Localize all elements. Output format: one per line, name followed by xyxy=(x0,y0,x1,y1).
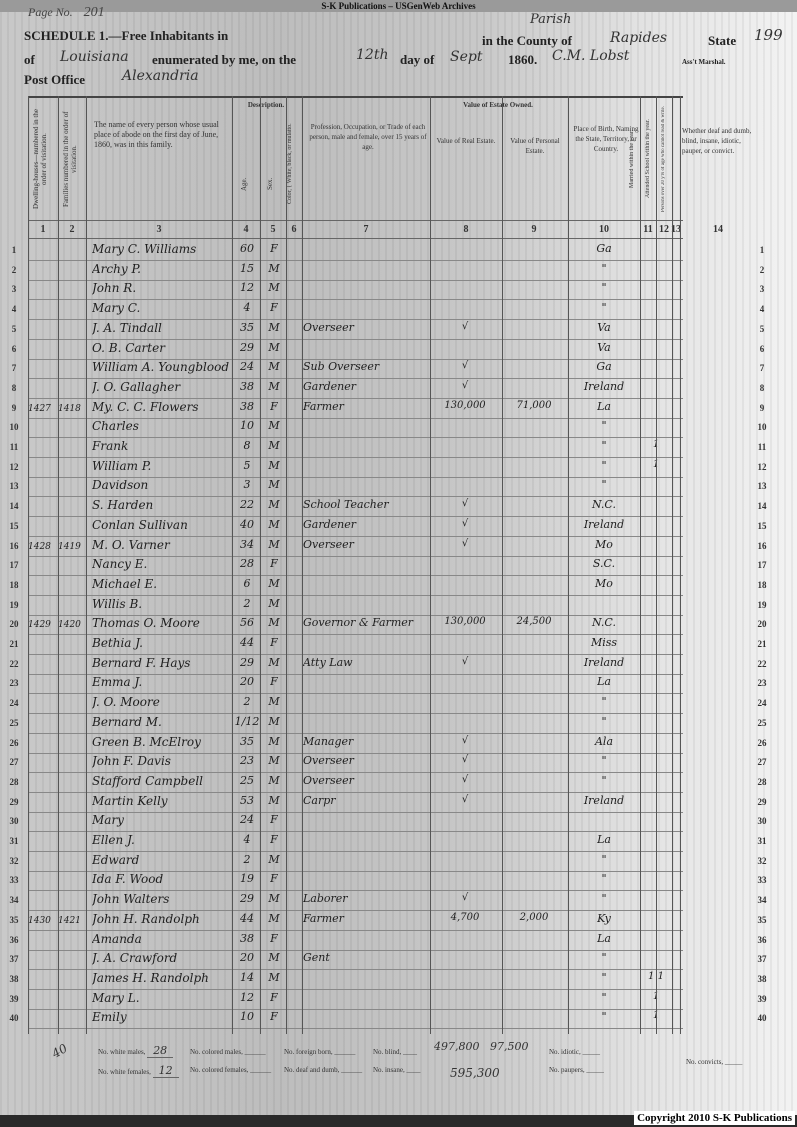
birthplace: " xyxy=(568,715,640,734)
line-number: 10 xyxy=(752,422,772,432)
real-estate-value: √ xyxy=(430,656,500,675)
personal-estate-total: 97,500 xyxy=(490,1040,529,1053)
age: 12 xyxy=(234,281,260,300)
line-number-left: 33 xyxy=(4,875,24,885)
real-estate-value xyxy=(430,419,500,438)
line-number-left: 27 xyxy=(4,757,24,767)
table-row: Michael E.6MMo xyxy=(28,575,683,596)
line-number-left: 2 xyxy=(4,265,24,275)
line-number-left: 23 xyxy=(4,678,24,688)
sex: M xyxy=(262,971,286,990)
sex: M xyxy=(262,695,286,714)
line-number: 16 xyxy=(752,541,772,551)
personal-estate-value xyxy=(502,242,566,261)
line-number-left: 25 xyxy=(4,718,24,728)
real-estate-value xyxy=(430,478,500,497)
table-row: Green B. McElroy35MManager√Ala xyxy=(28,733,683,754)
line-number: 24 xyxy=(752,698,772,708)
person-name: Bernard F. Hays xyxy=(92,656,232,675)
age: 23 xyxy=(234,754,260,773)
personal-estate-value xyxy=(502,872,566,891)
line-number-left: 9 xyxy=(4,403,24,413)
line-number: 6 xyxy=(752,344,772,354)
line-number: 39 xyxy=(752,994,772,1004)
age: 38 xyxy=(234,932,260,951)
age: 2 xyxy=(234,853,260,872)
occupation: Manager xyxy=(303,735,428,754)
line-number-left: 5 xyxy=(4,324,24,334)
line-number: 11 xyxy=(752,442,772,452)
archive-banner: S-K Publications – USGenWeb Archives xyxy=(0,0,797,12)
birthplace: " xyxy=(568,1010,640,1029)
table-row: John R.12M" xyxy=(28,279,683,300)
foreign-born-label: No. foreign born, xyxy=(284,1048,333,1056)
sex: M xyxy=(262,912,286,931)
table-row: Conlan Sullivan40MGardener√Ireland xyxy=(28,516,683,537)
table-row: J. A. Tindall35MOverseer√Va xyxy=(28,319,683,340)
col-name-header: The name of every person whose usual pla… xyxy=(94,120,234,150)
table-row: 14271418My. C. C. Flowers38FFarmer130,00… xyxy=(28,398,683,419)
state-name: Louisiana xyxy=(60,49,129,65)
person-name: John H. Randolph xyxy=(92,912,232,931)
person-name: J. A. Crawford xyxy=(92,951,232,970)
person-name: Emma J. xyxy=(92,675,232,694)
line-number: 4 xyxy=(752,304,772,314)
person-name: Green B. McElroy xyxy=(92,735,232,754)
occupation xyxy=(303,478,428,497)
person-name: M. O. Varner xyxy=(92,538,232,557)
sex: F xyxy=(262,1010,286,1029)
real-estate-value xyxy=(430,281,500,300)
line-number-left: 7 xyxy=(4,363,24,373)
age: 3 xyxy=(234,478,260,497)
personal-estate-value xyxy=(502,597,566,616)
line-number: 32 xyxy=(752,856,772,866)
personal-estate-value xyxy=(502,498,566,517)
real-estate-value xyxy=(430,459,500,478)
occupation xyxy=(303,971,428,990)
table-row: Stafford Campbell25MOverseer√" xyxy=(28,772,683,793)
line-number: 9 xyxy=(752,403,772,413)
birthplace: " xyxy=(568,459,640,478)
line-number-left: 37 xyxy=(4,954,24,964)
person-name: O. B. Carter xyxy=(92,341,232,360)
birthplace: Mo xyxy=(568,538,640,557)
white-females-label: No. white females, xyxy=(98,1068,151,1076)
white-males-value: 28 xyxy=(147,1044,173,1058)
birthplace: La xyxy=(568,675,640,694)
grid-column-rule xyxy=(232,96,233,1034)
person-name: Conlan Sullivan xyxy=(92,518,232,537)
line-number: 18 xyxy=(752,580,772,590)
occupation: Gardener xyxy=(303,518,428,537)
line-number: 13 xyxy=(752,481,772,491)
table-row: Mary C.4F" xyxy=(28,299,683,320)
sex: M xyxy=(262,892,286,911)
birthplace: " xyxy=(568,853,640,872)
line-number: 35 xyxy=(752,915,772,925)
person-name: My. C. C. Flowers xyxy=(92,400,232,419)
line-number: 22 xyxy=(752,659,772,669)
marshal-signature: C.M. Lobst xyxy=(552,48,629,64)
person-name: Charles xyxy=(92,419,232,438)
age: 29 xyxy=(234,656,260,675)
table-row: Davidson3M" xyxy=(28,476,683,497)
marshal-label: Ass't Marshal. xyxy=(682,58,726,66)
sex: M xyxy=(262,774,286,793)
person-name: Bethia J. xyxy=(92,636,232,655)
sex: M xyxy=(262,439,286,458)
personal-estate-value xyxy=(502,380,566,399)
age: 10 xyxy=(234,419,260,438)
line-number-left: 39 xyxy=(4,994,24,1004)
line-number: 26 xyxy=(752,738,772,748)
real-estate-value xyxy=(430,301,500,320)
col-occupation-header: Profession, Occupation, or Trade of each… xyxy=(306,122,430,152)
column-number: 10 xyxy=(594,224,614,236)
insane-label: No. insane, xyxy=(373,1066,405,1074)
table-row: Bernard M.1/12M" xyxy=(28,713,683,734)
line-number-left: 38 xyxy=(4,974,24,984)
occupation: Gent xyxy=(303,951,428,970)
occupation xyxy=(303,419,428,438)
sex: M xyxy=(262,754,286,773)
occupation: Laborer xyxy=(303,892,428,911)
line-number: 15 xyxy=(752,521,772,531)
table-row: Willis B.2M xyxy=(28,595,683,616)
person-name: Emily xyxy=(92,1010,232,1029)
column-number: 3 xyxy=(149,224,169,236)
occupation: Farmer xyxy=(303,912,428,931)
age: 24 xyxy=(234,813,260,832)
birthplace: " xyxy=(568,262,640,281)
line-number: 31 xyxy=(752,836,772,846)
occupation xyxy=(303,439,428,458)
personal-estate-value xyxy=(502,518,566,537)
table-row: Charles10M" xyxy=(28,417,683,438)
sex: F xyxy=(262,400,286,419)
personal-estate-value xyxy=(502,951,566,970)
table-row: Emma J.20FLa xyxy=(28,673,683,694)
grid-column-rule xyxy=(672,96,673,1034)
column-number: 9 xyxy=(524,224,544,236)
person-name: J. A. Tindall xyxy=(92,321,232,340)
birthplace: " xyxy=(568,951,640,970)
grid-column-rule xyxy=(302,96,303,1034)
birthplace: Miss xyxy=(568,636,640,655)
sex: M xyxy=(262,518,286,537)
blind-label: No. blind, xyxy=(373,1048,401,1056)
grid-column-rule xyxy=(58,96,59,1034)
convicts-label: No. convicts, xyxy=(686,1058,723,1066)
birthplace xyxy=(568,597,640,616)
line-number-left: 17 xyxy=(4,560,24,570)
birthplace: " xyxy=(568,281,640,300)
real-estate-value xyxy=(430,991,500,1010)
age: 29 xyxy=(234,341,260,360)
personal-estate-value xyxy=(502,301,566,320)
birthplace: Ky xyxy=(568,912,640,931)
line-number-left: 16 xyxy=(4,541,24,551)
sex: M xyxy=(262,538,286,557)
paupers-count: No. paupers, _____ xyxy=(549,1066,604,1074)
line-number: 34 xyxy=(752,895,772,905)
real-estate-value: √ xyxy=(430,498,500,517)
person-name: John R. xyxy=(92,281,232,300)
grid-column-rule xyxy=(260,96,261,1034)
person-name: Frank xyxy=(92,439,232,458)
sex: M xyxy=(262,597,286,616)
birthplace: Mo xyxy=(568,577,640,596)
column-number: 4 xyxy=(236,224,256,236)
personal-estate-value xyxy=(502,577,566,596)
line-number: 7 xyxy=(752,363,772,373)
grid-column-rule xyxy=(86,96,87,1034)
of-label: of xyxy=(24,52,35,68)
occupation xyxy=(303,872,428,891)
sex: M xyxy=(262,616,286,635)
occupation xyxy=(303,341,428,360)
occupation xyxy=(303,281,428,300)
age: 22 xyxy=(234,498,260,517)
line-number: 25 xyxy=(752,718,772,728)
personal-estate-value xyxy=(502,636,566,655)
sex: M xyxy=(262,735,286,754)
real-estate-value xyxy=(430,951,500,970)
column-number: 14 xyxy=(708,224,728,236)
occupation xyxy=(303,991,428,1010)
line-number: 21 xyxy=(752,639,772,649)
sex: M xyxy=(262,577,286,596)
colored-males-label: No. colored males, xyxy=(190,1048,243,1056)
birthplace: Ga xyxy=(568,242,640,261)
personal-estate-value xyxy=(502,774,566,793)
occupation xyxy=(303,242,428,261)
page-number-label: Page No. xyxy=(28,5,73,19)
sex: M xyxy=(262,459,286,478)
personal-estate-value xyxy=(502,695,566,714)
birthplace: " xyxy=(568,892,640,911)
real-estate-value: 4,700 xyxy=(430,912,500,931)
real-estate-value xyxy=(430,439,500,458)
table-row: Archy P.15M" xyxy=(28,260,683,281)
col-real-estate-header: Value of Real Estate. xyxy=(432,136,500,146)
real-estate-value: √ xyxy=(430,774,500,793)
occupation: School Teacher xyxy=(303,498,428,517)
age: 6 xyxy=(234,577,260,596)
person-name: Bernard M. xyxy=(92,715,232,734)
birthplace: Ala xyxy=(568,735,640,754)
person-name: Ida F. Wood xyxy=(92,872,232,891)
real-estate-value: √ xyxy=(430,518,500,537)
line-number: 30 xyxy=(752,816,772,826)
column-number: 7 xyxy=(356,224,376,236)
birthplace: La xyxy=(568,932,640,951)
table-row: James H. Randolph14M"1 1 xyxy=(28,969,683,990)
day-of-label: day of xyxy=(400,52,434,68)
sex: F xyxy=(262,813,286,832)
col-age-header: Age. xyxy=(240,156,254,212)
occupation xyxy=(303,262,428,281)
birthplace: S.C. xyxy=(568,557,640,576)
line-number: 23 xyxy=(752,678,772,688)
table-row: John Walters29MLaborer√" xyxy=(28,890,683,911)
line-number-left: 21 xyxy=(4,639,24,649)
real-estate-value: √ xyxy=(430,380,500,399)
line-number-left: 34 xyxy=(4,895,24,905)
census-page: S-K Publications – USGenWeb Archives Pag… xyxy=(0,0,797,1127)
line-number-left: 26 xyxy=(4,738,24,748)
real-estate-value xyxy=(430,695,500,714)
birthplace: N.C. xyxy=(568,498,640,517)
person-name: William P. xyxy=(92,459,232,478)
colored-females-count: No. colored females, ______ xyxy=(190,1066,271,1074)
real-estate-value xyxy=(430,853,500,872)
occupation: Sub Overseer xyxy=(303,360,428,379)
age: 10 xyxy=(234,1010,260,1029)
column-number: 13 xyxy=(666,224,686,236)
person-name: S. Harden xyxy=(92,498,232,517)
page-number-value: 201 xyxy=(84,5,105,20)
county-name: Rapides xyxy=(610,30,667,46)
age: 2 xyxy=(234,695,260,714)
line-number-left: 3 xyxy=(4,284,24,294)
table-row: Mary L.12F"1 xyxy=(28,989,683,1010)
enumeration-year: 1860. xyxy=(508,52,537,68)
occupation xyxy=(303,833,428,852)
person-name: Amanda xyxy=(92,932,232,951)
table-row: J. O. Moore2M" xyxy=(28,693,683,714)
page-number: Page No. 201 xyxy=(28,5,105,21)
idiotic-label: No. idiotic, xyxy=(549,1048,581,1056)
age: 56 xyxy=(234,616,260,635)
deaf-dumb-count: No. deaf and dumb, ______ xyxy=(284,1066,362,1074)
occupation: Gardener xyxy=(303,380,428,399)
personal-estate-value xyxy=(502,459,566,478)
post-office-name: Alexandria xyxy=(122,68,199,84)
line-number-left: 20 xyxy=(4,619,24,629)
person-name: Mary xyxy=(92,813,232,832)
personal-estate-value xyxy=(502,754,566,773)
real-estate-value xyxy=(430,597,500,616)
line-number-left: 8 xyxy=(4,383,24,393)
personal-estate-value xyxy=(502,656,566,675)
personal-estate-value xyxy=(502,360,566,379)
birthplace: " xyxy=(568,478,640,497)
line-number-left: 30 xyxy=(4,816,24,826)
personal-estate-value xyxy=(502,853,566,872)
line-number-left: 22 xyxy=(4,659,24,669)
occupation: Overseer xyxy=(303,321,428,340)
age: 19 xyxy=(234,872,260,891)
real-estate-value: √ xyxy=(430,754,500,773)
occupation xyxy=(303,853,428,872)
stamp-number: 199 xyxy=(754,26,783,44)
personal-estate-value xyxy=(502,715,566,734)
grand-estate-total: 595,300 xyxy=(450,1066,500,1080)
foreign-born-count: No. foreign born, ______ xyxy=(284,1048,355,1056)
real-estate-value xyxy=(430,715,500,734)
line-number: 12 xyxy=(752,462,772,472)
colored-females-label: No. colored females, xyxy=(190,1066,248,1074)
personal-estate-value: 24,500 xyxy=(502,616,566,635)
person-name: Mary C. xyxy=(92,301,232,320)
col-disability-header: Whether deaf and dumb, blind, insane, id… xyxy=(682,126,752,156)
birthplace: " xyxy=(568,754,640,773)
enumeration-day: 12th xyxy=(356,47,388,63)
person-name: Stafford Campbell xyxy=(92,774,232,793)
grid-column-rule xyxy=(430,96,431,1034)
personal-estate-value xyxy=(502,478,566,497)
white-males-label: No. white males, xyxy=(98,1048,145,1056)
age: 53 xyxy=(234,794,260,813)
occupation xyxy=(303,597,428,616)
table-row: Ida F. Wood19F" xyxy=(28,870,683,891)
occupation: Atty Law xyxy=(303,656,428,675)
personal-estate-value xyxy=(502,439,566,458)
personal-estate-value xyxy=(502,675,566,694)
line-number-left: 19 xyxy=(4,600,24,610)
white-females-value: 12 xyxy=(153,1064,179,1078)
table-row: Emily10F"1 xyxy=(28,1008,683,1029)
col-personal-estate-header: Value of Personal Estate. xyxy=(504,136,566,156)
sex: F xyxy=(262,675,286,694)
personal-estate-value xyxy=(502,341,566,360)
table-row: Amanda38FLa xyxy=(28,930,683,951)
line-number: 29 xyxy=(752,797,772,807)
occupation xyxy=(303,813,428,832)
table-row: Mary24F xyxy=(28,811,683,832)
real-estate-value xyxy=(430,242,500,261)
birthplace: " xyxy=(568,695,640,714)
col-dwelling-header: Dwelling-houses—numbered in the order of… xyxy=(32,104,54,214)
sex: M xyxy=(262,794,286,813)
in-county-label: in the County of xyxy=(482,33,572,49)
occupation xyxy=(303,577,428,596)
age: 25 xyxy=(234,774,260,793)
line-number: 38 xyxy=(752,974,772,984)
sex: F xyxy=(262,301,286,320)
occupation: Overseer xyxy=(303,538,428,557)
age: 44 xyxy=(234,636,260,655)
line-number-left: 36 xyxy=(4,935,24,945)
birthplace: Va xyxy=(568,321,640,340)
real-estate-value xyxy=(430,971,500,990)
line-number-left: 1 xyxy=(4,245,24,255)
real-estate-value: √ xyxy=(430,794,500,813)
person-name: Michael E. xyxy=(92,577,232,596)
occupation xyxy=(303,557,428,576)
age: 29 xyxy=(234,892,260,911)
line-number-left: 4 xyxy=(4,304,24,314)
insane-count: No. insane, ____ xyxy=(373,1066,420,1074)
personal-estate-value xyxy=(502,538,566,557)
grid-column-rule xyxy=(656,96,657,1034)
col-sex-header: Sex. xyxy=(266,156,280,212)
sex: M xyxy=(262,478,286,497)
table-row: Bethia J.44FMiss xyxy=(28,634,683,655)
age: 38 xyxy=(234,400,260,419)
occupation xyxy=(303,932,428,951)
grid-column-rule xyxy=(286,96,287,1034)
sex: M xyxy=(262,419,286,438)
grid-column-rule xyxy=(568,96,569,1034)
personal-estate-value xyxy=(502,833,566,852)
birthplace: " xyxy=(568,991,640,1010)
line-number-left: 13 xyxy=(4,481,24,491)
personal-estate-value xyxy=(502,419,566,438)
line-number-left: 29 xyxy=(4,797,24,807)
